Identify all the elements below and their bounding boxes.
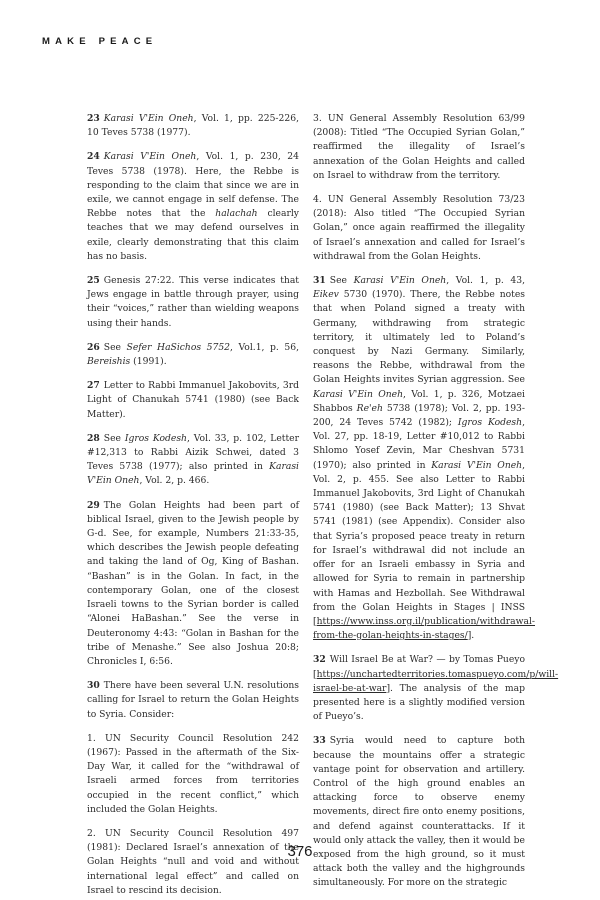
term: Bereishis [87, 356, 130, 367]
footnote-text: ]. [468, 630, 475, 641]
footnote-27: 27Letter to Rabbi Immanuel Jakobovits, 3… [87, 379, 299, 422]
book-title: Karasi V'Ein Oneh [354, 275, 447, 286]
book-title: Igros Kodesh [458, 417, 522, 428]
footnote-text: There have been several U.N. resolutions… [87, 680, 299, 719]
resolution-item-4: 4. UN General Assembly Resolution 73/23 … [313, 193, 525, 264]
right-column: 3. UN General Assembly Resolution 63/99 … [313, 112, 525, 900]
book-title: Karasi V'Ein Oneh [104, 151, 197, 162]
footnote-text: , Vol.1, p. 56, [230, 342, 299, 353]
footnote-31: 31See Karasi V'Ein Oneh, Vol. 1, p. 43, … [313, 274, 525, 643]
left-column: 23Karasi V'Ein Oneh, Vol. 1, pp. 225-226… [87, 112, 299, 900]
footnote-number: 28 [87, 433, 100, 444]
footnote-23: 23Karasi V'Ein Oneh, Vol. 1, pp. 225-226… [87, 112, 299, 140]
footnote-text: See [330, 275, 354, 286]
footnote-33: 33Syria would need to capture both becau… [313, 734, 525, 890]
footnote-26: 26See Sefer HaSichos 5752, Vol.1, p. 56,… [87, 341, 299, 369]
resolution-item-1: 1. UN Security Council Resolution 242 (1… [87, 732, 299, 817]
footnote-32: 32Will Israel Be at War? — by Tomas Puey… [313, 653, 525, 724]
footnote-number: 27 [87, 380, 100, 391]
footnote-number: 29 [87, 500, 100, 511]
footnote-text: , Vol. 2, p. 466. [139, 475, 209, 486]
footnote-text: , Vol. 2, p. 455. See also Letter to Rab… [313, 460, 525, 627]
footnote-text: The Golan Heights had been part of bibli… [87, 500, 299, 667]
running-head: MAKE PEACE [42, 36, 157, 47]
footnote-text: See [104, 342, 127, 353]
footnote-number: 31 [313, 275, 326, 286]
footnote-28: 28See Igros Kodesh, Vol. 33, p. 102, Let… [87, 432, 299, 489]
footnote-text: (1991). [130, 356, 166, 367]
term: halachah [215, 208, 257, 219]
book-title: Karasi V'Ein Oneh [431, 460, 522, 471]
footnote-number: 23 [87, 113, 100, 124]
footnote-number: 24 [87, 151, 100, 162]
footnote-24: 24Karasi V'Ein Oneh, Vol. 1, p. 230, 24 … [87, 150, 299, 264]
footnote-text: See [104, 433, 125, 444]
footnote-number: 26 [87, 342, 100, 353]
page-number: 376 [0, 843, 600, 860]
book-title: Sefer HaSichos 5752 [127, 342, 231, 353]
footnote-number: 33 [313, 735, 326, 746]
footnote-number: 32 [313, 654, 326, 665]
footnote-text: Letter to Rabbi Immanuel Jakobovits, 3rd… [87, 380, 299, 419]
footnote-text: Syria would need to capture both because… [313, 735, 525, 888]
book-title: Igros Kodesh [125, 433, 187, 444]
term: Eikev [313, 289, 339, 300]
footnote-29: 29The Golan Heights had been part of bib… [87, 499, 299, 669]
footnote-number: 25 [87, 275, 100, 286]
footnote-25: 25Genesis 27:22. This verse indicates th… [87, 274, 299, 331]
book-title: Karasi V'Ein Oneh [313, 389, 403, 400]
footnote-text: , Vol. 1, p. 43, [446, 275, 525, 286]
footnote-30: 30There have been several U.N. resolutio… [87, 679, 299, 722]
inss-link[interactable]: https://www.inss.org.il/publication/with… [313, 616, 535, 641]
book-title: Karasi V'Ein Oneh [104, 113, 194, 124]
footnote-text: Genesis 27:22. This verse indicates that… [87, 275, 299, 329]
resolution-item-2: 2. UN Security Council Resolution 497 (1… [87, 827, 299, 898]
resolution-item-3: 3. UN General Assembly Resolution 63/99 … [313, 112, 525, 183]
footnote-text: 5730 (1970). There, the Rebbe notes that… [313, 289, 525, 385]
footnote-number: 30 [87, 680, 100, 691]
term: Re'eh [357, 403, 383, 414]
